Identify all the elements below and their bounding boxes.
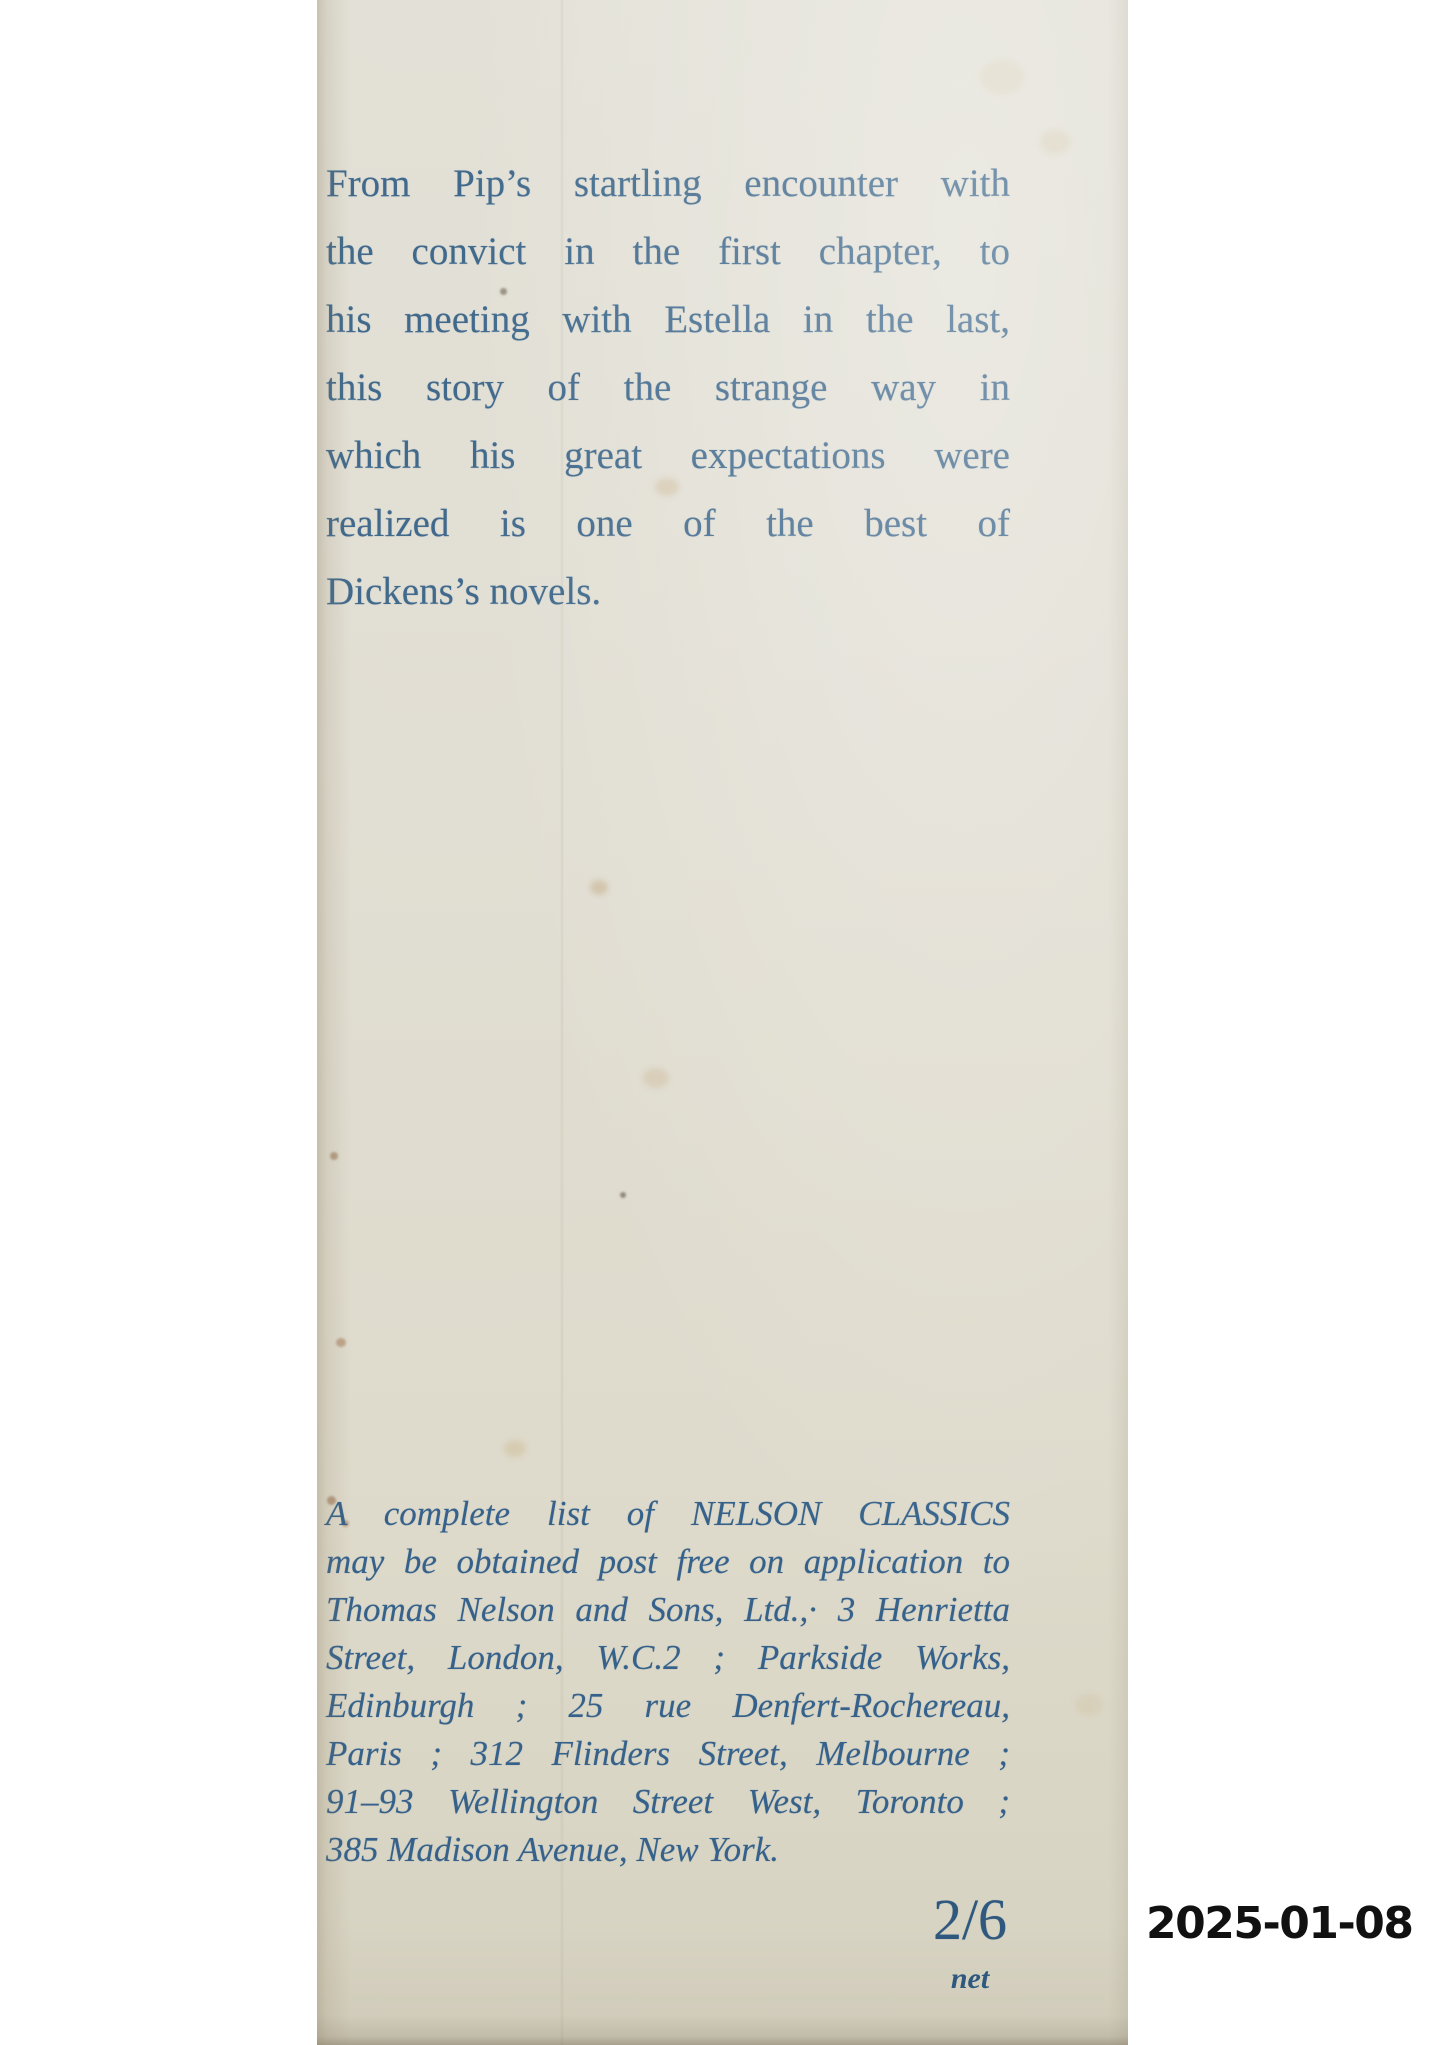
stain-spot: [620, 1192, 626, 1198]
publisher-note-line: Thomas Nelson and Sons, Ltd.,· 3 Henriet…: [326, 1586, 1010, 1634]
blurb-line: realized is one of the best of: [326, 490, 1010, 558]
photo-backdrop: From Pip’s startling encounter with the …: [0, 0, 1445, 2045]
blurb-paragraph: From Pip’s startling encounter with the …: [326, 150, 1010, 626]
publisher-note-line: Edinburgh ; 25 rue Denfert-Rochereau,: [326, 1682, 1010, 1730]
stain-spot: [590, 880, 608, 895]
blurb-line: the convict in the first chapter, to: [326, 218, 1010, 286]
stain-spot: [336, 1338, 346, 1347]
blurb-line: Dickens’s novels.: [326, 558, 1010, 626]
blurb-line: his meeting with Estella in the last,: [326, 286, 1010, 354]
stain-spot: [504, 1440, 526, 1457]
publisher-note-line: may be obtained post free on application…: [326, 1538, 1010, 1586]
publisher-note-line: Paris ; 312 Flinders Street, Melbourne ;: [326, 1730, 1010, 1778]
blurb-line: this story of the strange way in: [326, 354, 1010, 422]
blurb-line: which his great expectations were: [326, 422, 1010, 490]
stain-spot: [1040, 130, 1070, 154]
price-net-qualifier: net: [895, 1962, 1045, 1996]
publisher-note: A complete list of NELSON CLASSICS may b…: [326, 1490, 1010, 1874]
price: 2/6: [895, 1888, 1045, 1952]
stain-spot: [1075, 1694, 1103, 1716]
book-page: From Pip’s startling encounter with the …: [317, 0, 1128, 2045]
publisher-note-line: Street, London, W.C.2 ; Parkside Works,: [326, 1634, 1010, 1682]
stain-spot: [643, 1068, 669, 1088]
stain-spot: [980, 60, 1024, 94]
publisher-note-line: 91–93 Wellington Street West, Toronto ;: [326, 1778, 1010, 1826]
publisher-note-line: 385 Madison Avenue, New York.: [326, 1826, 1010, 1874]
blurb-line: From Pip’s startling encounter with: [326, 150, 1010, 218]
stain-spot: [330, 1152, 338, 1160]
publisher-note-line: A complete list of NELSON CLASSICS: [326, 1490, 1010, 1538]
date-stamp: 2025-01-08: [1146, 1898, 1412, 1949]
